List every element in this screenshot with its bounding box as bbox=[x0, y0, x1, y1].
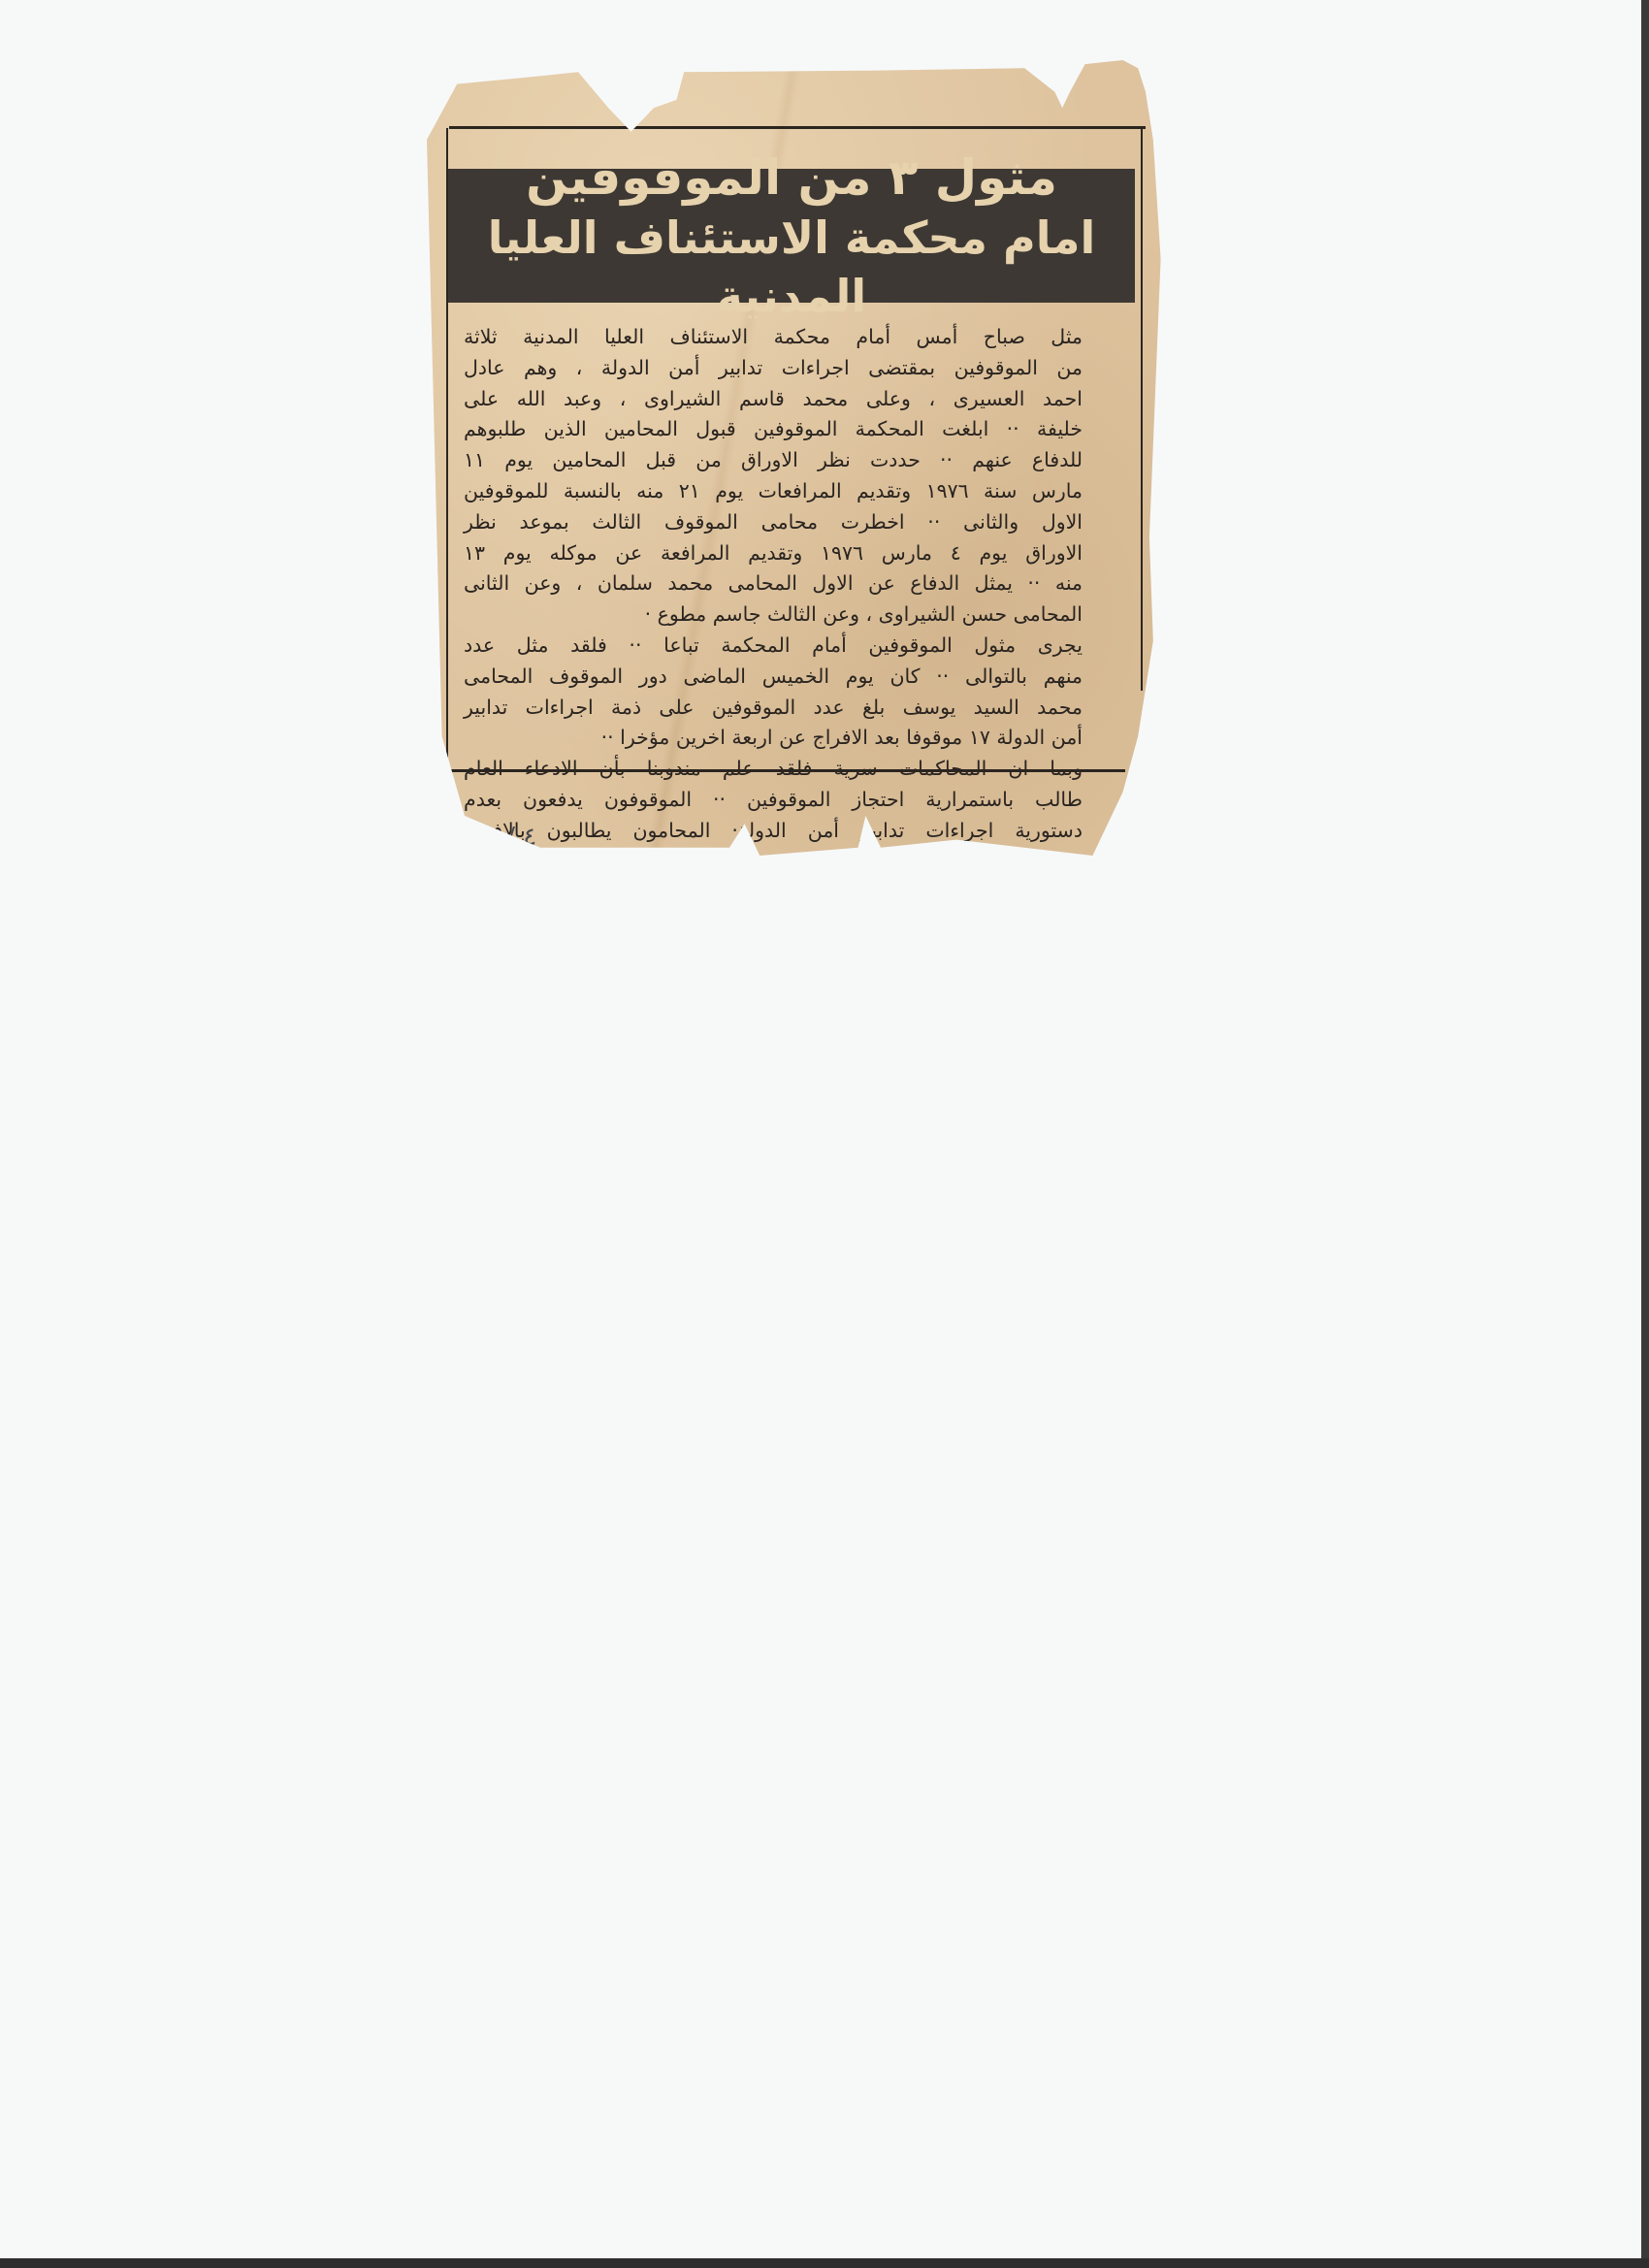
paragraph-2: يجرى مثول الموقوفين أمام المحكمة تباعا ·… bbox=[464, 631, 1104, 754]
headline-line-1: مثول ٣ من الموقوفين bbox=[448, 146, 1135, 209]
paragraph-3: وبما ان المحاكمات سرية فلقد علم مندوبنا … bbox=[464, 754, 1104, 877]
text-line: دستورية اجراءات تدابير أمن الدولة· المحا… bbox=[464, 816, 1104, 847]
scanner-edge-bottom bbox=[0, 2258, 1649, 2268]
text-line: للدفاع عنهم ·· حددت نظر الاوراق من قبل ا… bbox=[464, 445, 1104, 476]
text-line: المحامى حسن الشيراوى ، وعن الثالث جاسم م… bbox=[464, 599, 1104, 631]
handwritten-note: ٤ / ٠ bbox=[485, 823, 536, 852]
bottom-rule bbox=[446, 769, 1125, 772]
text-line: أمن الدولة ١٧ موقوفا بعد الافراج عن اربع… bbox=[464, 723, 1104, 754]
text-line: منه ·· يمثل الدفاع عن الاول المحامى محمد… bbox=[464, 568, 1104, 599]
text-line: يجرى مثول الموقوفين أمام المحكمة تباعا ·… bbox=[464, 631, 1104, 662]
newspaper-clipping: مثول ٣ من الموقوفين امام محكمة الاستئناف… bbox=[427, 60, 1183, 856]
column-rule-right bbox=[1141, 128, 1143, 691]
paragraph-1: مثل صباح أمس أمام محكمة الاستئناف العليا… bbox=[464, 322, 1104, 631]
text-line: طالب باستمرارية احتجاز الموقوفين ·· المو… bbox=[464, 785, 1104, 816]
scanner-edge-right bbox=[1641, 0, 1649, 2268]
text-line: منهم بالتوالى ·· كان يوم الخميس الماضى د… bbox=[464, 662, 1104, 693]
text-line: الاول والثانى ·· اخطرت محامى الموقوف الث… bbox=[464, 507, 1104, 538]
text-line: من الموقوفين بمقتضى اجراءات تدابير أمن ا… bbox=[464, 353, 1104, 384]
headline-line-2: امام محكمة الاستئناف العليا المدنية bbox=[448, 209, 1135, 325]
text-line: محمد السيد يوسف بلغ عدد الموقوفين على ذم… bbox=[464, 693, 1104, 724]
text-line: مثل صباح أمس أمام محكمة الاستئناف العليا… bbox=[464, 322, 1104, 353]
folded-corner bbox=[1106, 793, 1156, 899]
article-body: مثل صباح أمس أمام محكمة الاستئناف العليا… bbox=[464, 322, 1104, 877]
text-line: عن الموقوفين لضعف البيانات المقدمة بشأنه… bbox=[464, 847, 1104, 878]
top-rule bbox=[449, 126, 1146, 129]
text-line: الاوراق يوم ٤ مارس ١٩٧٦ وتقديم المرافعة … bbox=[464, 538, 1104, 569]
headline-banner: مثول ٣ من الموقوفين امام محكمة الاستئناف… bbox=[448, 169, 1135, 303]
text-line: خليفة ·· ابلغت المحكمة الموقوفين قبول ال… bbox=[464, 414, 1104, 445]
text-line: احمد العسيرى ، وعلى محمد قاسم الشيراوى ،… bbox=[464, 384, 1104, 415]
text-line: مارس سنة ١٩٧٦ وتقديم المرافعات يوم ٢١ من… bbox=[464, 476, 1104, 507]
